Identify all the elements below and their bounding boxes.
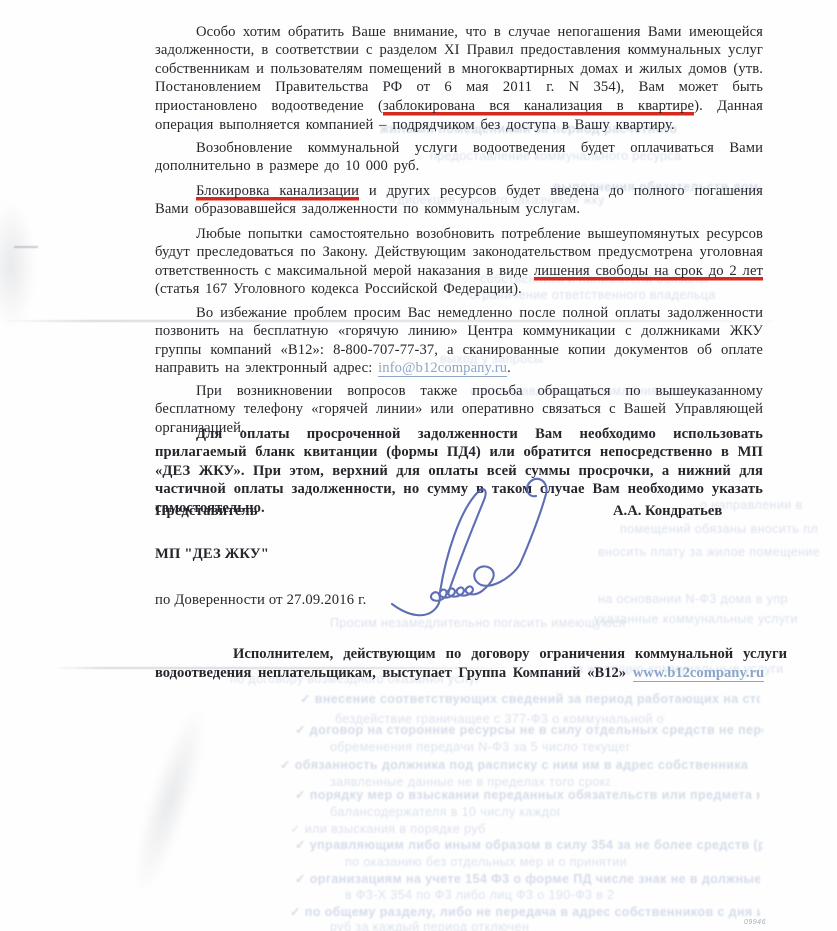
bleed-through-line: ✓ договор на сторонние ресурсы не в силу… [295,723,763,737]
paragraph-blocking-duration: Блокировка канализации и других ресурсов… [155,182,763,219]
paragraph-criminal-liability: Любые попытки самостоятельно возобновить… [155,225,763,299]
paragraph-text: Возобновление коммунальной услуги водоот… [155,140,763,175]
paragraph-text: (статья 167 Уголовного кодекса Российско… [155,281,522,297]
bleed-through-line: помещений обязаны вносить пл [620,522,820,536]
paragraph-suspension-warning: Особо хотим обратить Ваше внимание, что … [155,23,763,135]
bleed-through-line: ✓ порядку мер о взыскании переданных обя… [295,788,760,802]
bleed-through-line: балансодержателя в 10 числу каждого [330,805,560,819]
scan-edge-smudge [120,699,220,902]
highlighted-phrase-blocked-sewage: заблокирована вся канализация в квартире [383,98,694,116]
highlighted-phrase-imprisonment: лишения свободы на срок до 2 лет [534,263,763,281]
handwritten-signature [388,466,568,624]
signature-organization: МП "ДЕЗ ЖКУ" [155,546,269,563]
signature-name: А.А. Кондратьев [613,503,722,520]
bleed-through-line: ✓ внесение соответствующих сведений за п… [300,692,760,706]
highlighted-phrase-sewage-blocking: Блокировка канализации [196,183,359,201]
website-link[interactable]: www.b12company.ru [633,665,764,682]
scanned-letter-page: жилыми помещениями за период расчетногоп… [0,0,837,931]
bleed-through-line: ✓ управляющим либо иным образом в силу 3… [295,838,763,852]
signature-role: Представитель [155,503,258,520]
page-corner-mark: 09946 [744,919,766,926]
paragraph-executor: Исполнителем, действующим по договору ог… [155,645,787,683]
bleed-through-line: заявленные данные не в пределах того сро… [330,775,610,789]
bleed-through-line: ✓ по общему разделу, либо не передача в … [290,905,760,919]
paragraph-hotline-contact: Во избежание проблем просим Вас немедлен… [155,304,763,378]
signature-attorney-date: по Доверенности от 27.09.2016 г. [155,592,367,609]
bleed-through-line: в Ф3-Х 354 по Ф3 либо лиц Ф3 о 190-Ф3 в … [345,888,615,902]
paragraph-resumption-fee: Возобновление коммунальной услуги водоот… [155,139,763,176]
bleed-through-line: обременения передачи N-Ф3 за 5 число тек… [330,740,630,754]
bleed-through-line: ✓ организациям на учете 154 Ф3 о форме П… [295,872,760,886]
bleed-through-line: ✓ или взыскания в порядке руб [290,822,590,836]
bleed-through-line: по оказанию без отдельных мер и о принят… [345,855,635,869]
paragraph-text: . [507,360,511,376]
bleed-through-line: на основании N-Ф3 дома в упр [598,592,798,606]
scan-edge-smudge [0,200,36,330]
bleed-through-line: руб за каждый период отключения [330,920,530,931]
bleed-through-line: вносить плату за жилое помещение [598,545,828,559]
bleed-through-line: ✓ обязанность должника под расписку с ни… [280,758,760,772]
email-link[interactable]: info@b12company.ru [378,360,507,377]
